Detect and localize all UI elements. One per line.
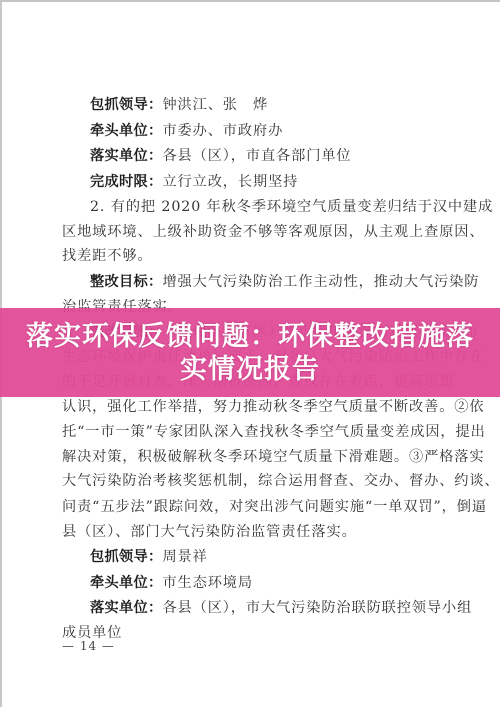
item2-line: 找差距不够。 [62,247,462,265]
goal-text: 增强大气污染防治工作主动性，推动大气污染防 [162,274,479,290]
meta-row-impl-unit: 落实单位：各县（区），市大气污染防治联防联控领导小组 [90,599,490,617]
measures-line: 解决对策，积极破解秋冬季环境空气质量下滑难题。③严格落实 [62,448,462,466]
item2-line: 区地域环境、上级补助资金不够等客观原因，从主观上查原因、 [62,223,462,241]
meta-value: 立行立改，长期坚持 [162,174,298,190]
meta-label: 落实单位： [90,600,162,616]
meta-value: 各县（区），市大气污染防治联防联控领导小组 [162,600,472,616]
meta-value: 周景祥 [162,549,207,565]
meta-row-leader: 包抓领导：钟洪江、张 烨 [90,96,490,114]
meta-label: 牵头单位： [90,123,162,139]
meta-label: 牵头单位： [90,575,162,591]
meta-value: 市生态环境局 [162,575,253,591]
measures-line: 大气污染防治考核奖惩机制，综合运用督查、交办、督办、约谈、 [62,472,462,490]
goal-line: 整改目标：增强大气污染防治工作主动性，推动大气污染防 [90,273,490,291]
measures-line: 问责“五步法”跟踪问效，对突出涉气问题实施“一单双罚”，倒逼 [62,498,462,516]
goal-label: 整改目标： [90,274,162,290]
meta-label: 包抓领导： [90,549,162,565]
meta-row-deadline: 完成时限：立行立改，长期坚持 [90,173,490,191]
meta-label: 包抓领导： [90,97,162,113]
measures-line: 托“一市一策”专家团队深入查找秋冬季空气质量变差成因，提出 [62,423,462,441]
meta-value: 各县（区），市直各部门单位 [162,148,351,164]
page-number: — 14 — [62,639,115,653]
meta-label: 落实单位： [90,148,162,164]
meta-row-lead-unit: 牵头单位：市委办、市政府办 [90,122,490,140]
banner-title-line2: 实情况报告 [0,353,500,386]
meta-row-leader: 包抓领导：周景祥 [90,548,490,566]
meta-label: 完成时限： [90,174,162,190]
banner-title: 落实环保反馈问题：环保整改措施落 实情况报告 [0,320,500,386]
measures-line: 认识，强化工作举措，努力推动秋冬季空气质量不断改善。②依 [62,398,462,416]
banner-title-line1: 落实环保反馈问题：环保整改措施落 [0,320,500,353]
meta-value: 钟洪江、张 烨 [162,97,268,113]
item2-line: 2. 有的把 2020 年秋冬季环境空气质量变差归结于汉中建成 [90,198,490,216]
meta-value: 市委办、市政府办 [162,123,283,139]
meta-row-impl-unit: 落实单位：各县（区），市直各部门单位 [90,147,490,165]
section2-tail: 成员单位 [62,624,462,642]
meta-row-lead-unit: 牵头单位：市生态环境局 [90,574,490,592]
measures-line: 县（区）、部门大气污染防治监管责任落实。 [62,523,462,541]
